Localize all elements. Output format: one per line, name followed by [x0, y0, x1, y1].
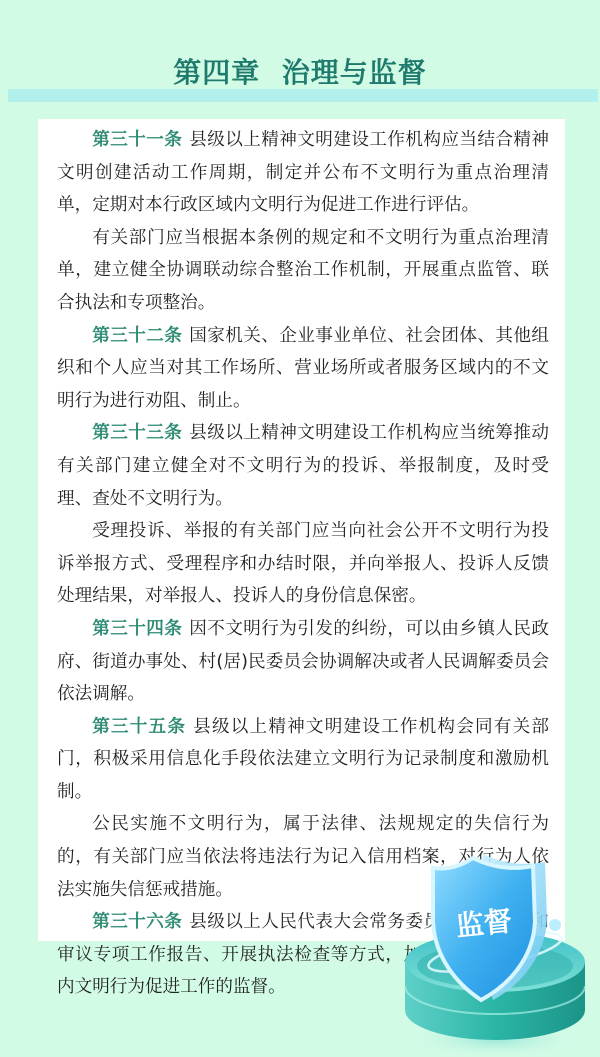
page-title: 第四章 治理与监督 [0, 53, 600, 93]
shield-icon: 监督 [395, 840, 600, 1057]
article-35-para-1: 第三十五条县级以上精神文明建设工作机构会同有关部门，积极采用信息化手段依法建立文… [57, 711, 549, 809]
article-number: 第三十二条 [92, 326, 182, 346]
article-31-para-2: 有关部门应当根据本条例的规定和不文明行为重点治理清单，建立健全协调联动综合整治工… [57, 222, 549, 320]
article-31-para-1: 第三十一条县级以上精神文明建设工作机构应当结合精神文明创建活动工作周期，制定并公… [57, 124, 549, 222]
article-number: 第三十四条 [92, 619, 182, 639]
article-text: 受理投诉、举报的有关部门应当向社会公开不文明行为投诉举报方式、受理程序和办结时限… [57, 521, 549, 606]
supervision-shield-illustration: 监督 [395, 840, 600, 1057]
shield-label: 监督 [454, 904, 513, 943]
divider-stripe [8, 89, 598, 102]
article-text: 有关部门应当根据本条例的规定和不文明行为重点治理清单，建立健全协调联动综合整治工… [57, 228, 549, 313]
article-number: 第三十五条 [92, 717, 186, 737]
article-34-para-1: 第三十四条因不文明行为引发的纠纷，可以由乡镇人民政府、街道办事处、村(居)民委员… [57, 613, 549, 711]
article-32-para-1: 第三十二条国家机关、企业事业单位、社会团体、其他组织和个人应当对其工作场所、营业… [57, 320, 549, 418]
article-number: 第三十一条 [92, 130, 182, 150]
article-33-para-1: 第三十三条县级以上精神文明建设工作机构应当统筹推动有关部门建立健全对不文明行为的… [57, 417, 549, 515]
article-number: 第三十三条 [92, 423, 182, 443]
article-33-para-2: 受理投诉、举报的有关部门应当向社会公开不文明行为投诉举报方式、受理程序和办结时限… [57, 515, 549, 613]
article-number: 第三十六条 [92, 912, 182, 932]
